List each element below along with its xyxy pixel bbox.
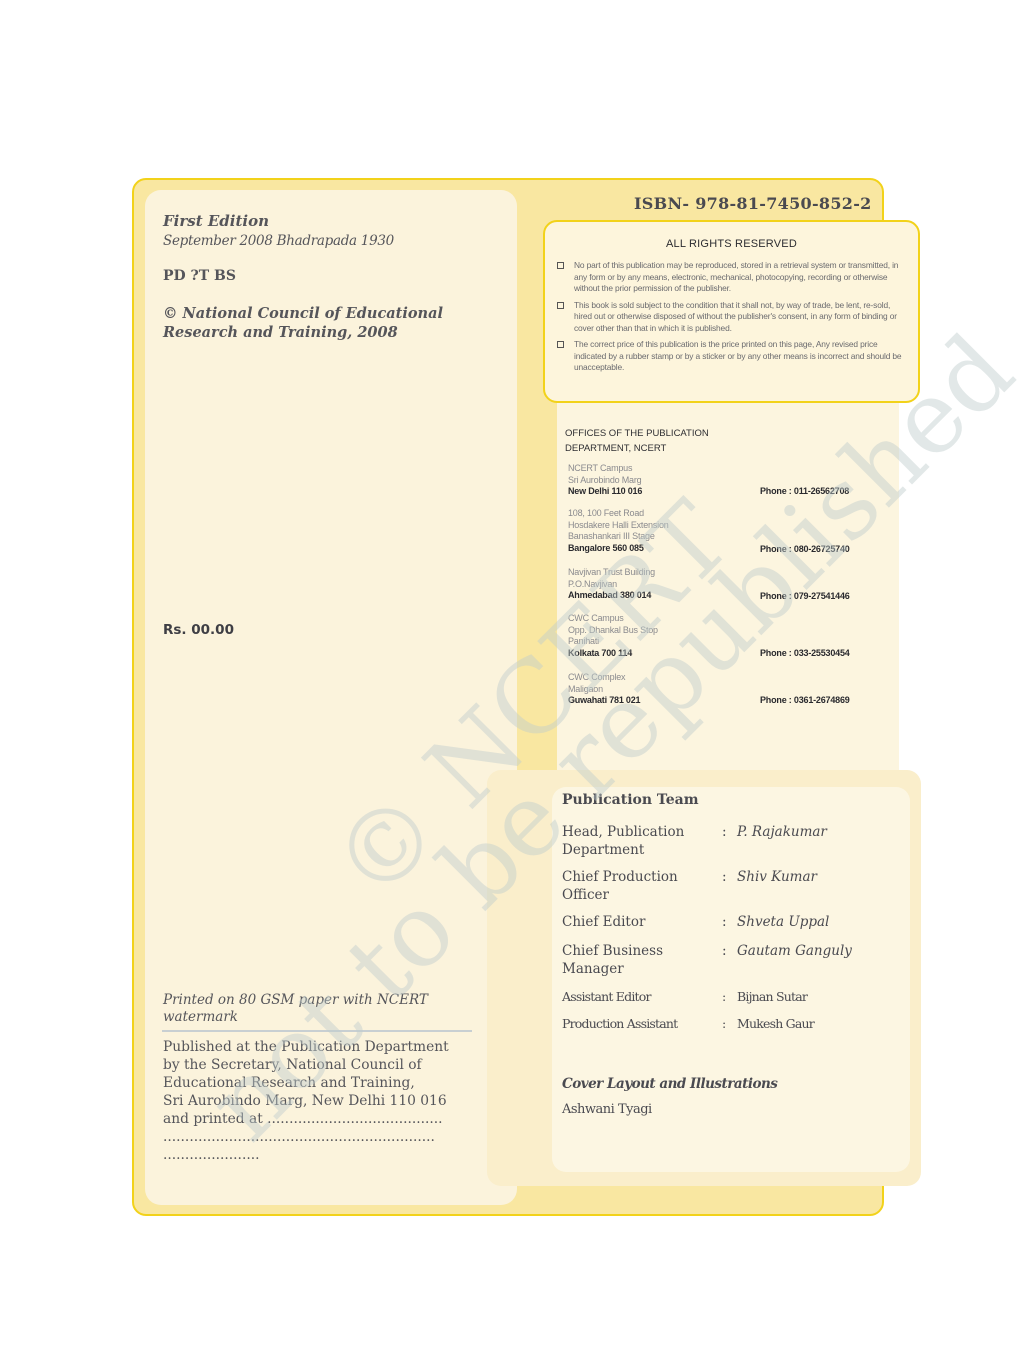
divider (162, 1030, 472, 1032)
team-name: Bijnan Sutar (737, 988, 807, 1006)
imprint-line: ...................... (163, 1146, 449, 1164)
offices-title: OFFICES OF THE PUBLICATION DEPARTMENT, N… (565, 426, 765, 456)
imprint-line: ........................................… (163, 1128, 449, 1146)
office-city: Ahmedabad 380 014 (568, 590, 655, 602)
office-city: New Delhi 110 016 (568, 486, 642, 498)
office-phone: Phone : 011-26562708 (760, 486, 849, 498)
imprint-line: Published at the Publication Department (163, 1038, 449, 1056)
rights-box: ALL RIGHTS RESERVED No part of this publ… (543, 220, 920, 403)
office-phone: Phone : 0361-2674869 (760, 695, 850, 707)
team-title: Publication Team (562, 792, 699, 808)
paper-note: Printed on 80 GSM paper with NCERT water… (163, 992, 428, 1026)
rights-item: The correct price of this publication is… (557, 339, 909, 374)
edition-label: First Edition (163, 212, 269, 230)
imprint-line: Educational Research and Training, (163, 1074, 449, 1092)
team-role: Head, Publication Department (562, 823, 712, 859)
price: Rs. 00.00 (163, 622, 234, 638)
cover-credit-name: Ashwani Tyagi (562, 1102, 652, 1117)
checkbox-bullet-icon (557, 262, 564, 269)
pd-code: PD ?T BS (163, 268, 236, 284)
copyright-notice: © National Council of Educational Resear… (163, 304, 443, 342)
rights-list: No part of this publication may be repro… (557, 260, 909, 379)
office-entry: NCERT Campus Sri Aurobindo Marg New Delh… (568, 463, 642, 498)
rights-item: This book is sold subject to the conditi… (557, 300, 909, 335)
office-entry: CWC Campus Opp. Dhankal Bus Stop Panihat… (568, 613, 658, 659)
team-role: Production Assistant (562, 1015, 712, 1033)
rights-title: ALL RIGHTS RESERVED (545, 238, 918, 250)
isbn: ISBN- 978-81-7450-852-2 (634, 194, 872, 213)
paper-note-line-1: Printed on 80 GSM paper with NCERT (163, 992, 428, 1009)
rights-item: No part of this publication may be repro… (557, 260, 909, 295)
office-phone: Phone : 080-26725740 (760, 544, 850, 556)
team-role: Chief Production Officer (562, 868, 712, 904)
paper-note-line-2: watermark (163, 1009, 428, 1026)
office-city: Bangalore 560 085 (568, 543, 669, 555)
imprint-line: by the Secretary, National Council of (163, 1056, 449, 1074)
office-city: Guwahati 781 021 (568, 695, 640, 707)
office-phone: Phone : 079-27541446 (760, 591, 850, 603)
office-entry: 108, 100 Feet Road Hosdakere Halli Exten… (568, 508, 669, 554)
cover-credit-title: Cover Layout and Illustrations (562, 1076, 777, 1092)
team-name: Shveta Uppal (737, 913, 829, 931)
team-role: Assistant Editor (562, 988, 712, 1006)
copyright-line-2: Research and Training, 2008 (163, 323, 443, 342)
office-entry: CWC Complex Maligaon Guwahati 781 021 Ph… (568, 672, 640, 707)
checkbox-bullet-icon (557, 302, 564, 309)
team-name: Shiv Kumar (737, 868, 817, 886)
office-entry: Navjivan Trust Building P.O.Navjivan Ahm… (568, 567, 655, 602)
office-phone: Phone : 033-25530454 (760, 648, 850, 660)
team-name: P. Rajakumar (737, 823, 827, 841)
team-role: Chief Business Manager (562, 942, 712, 978)
copyright-line-1: © National Council of Educational (163, 304, 443, 323)
team-name: Gautam Ganguly (737, 942, 852, 960)
imprint-line: Sri Aurobindo Marg, New Delhi 110 016 (163, 1092, 449, 1110)
edition-date: September 2008 Bhadrapada 1930 (163, 233, 394, 249)
team-name: Mukesh Gaur (737, 1015, 814, 1033)
checkbox-bullet-icon (557, 341, 564, 348)
imprint-line: and printed at .........................… (163, 1110, 449, 1128)
publisher-imprint: Published at the Publication Department … (163, 1038, 449, 1164)
team-role: Chief Editor (562, 913, 712, 931)
office-city: Kolkata 700 114 (568, 648, 658, 660)
